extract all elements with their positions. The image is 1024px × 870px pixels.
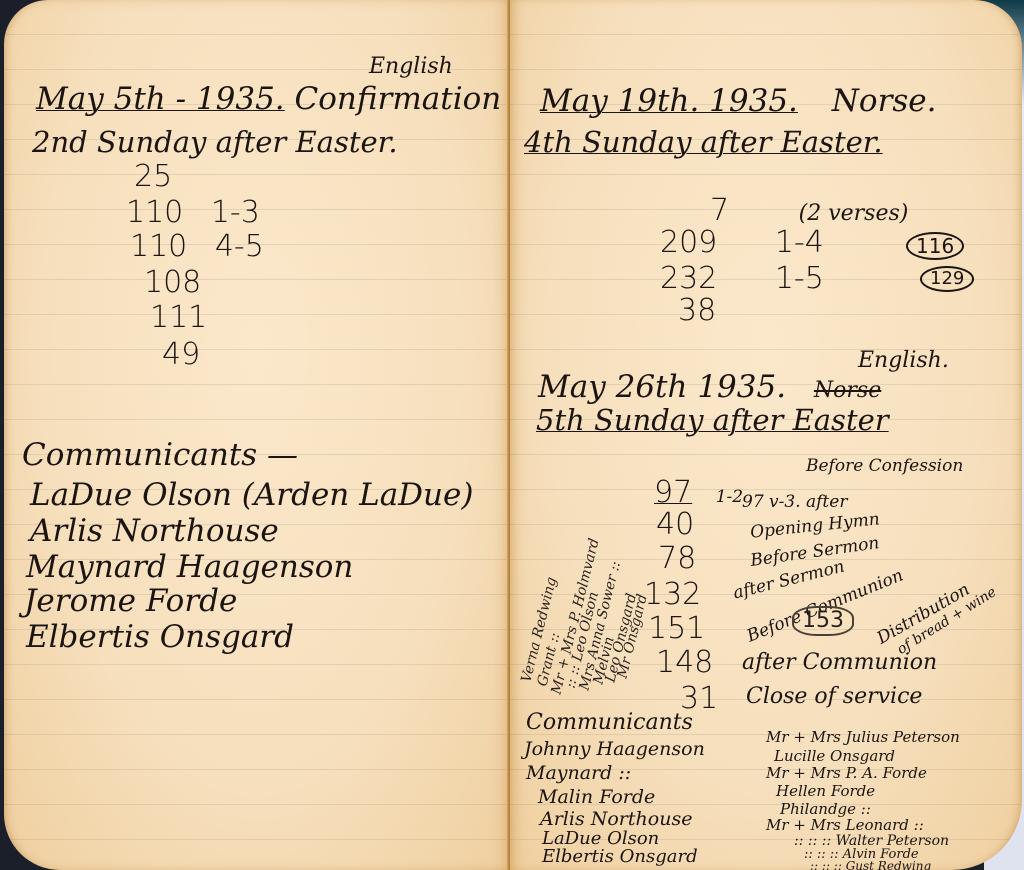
communicant-name: Arlis Northouse <box>540 810 692 829</box>
communicant-name: Arlis Northouse <box>30 516 279 547</box>
hymn-row: 38 <box>678 296 716 326</box>
circled-number: 153 <box>792 606 854 636</box>
hymn-row: 97 1-2 <box>654 478 743 508</box>
entry-1-sunday: 4th Sunday after Easter. <box>524 128 883 157</box>
language-note: Norse. <box>832 83 937 119</box>
communicant-name: Hellen Forde <box>776 784 875 799</box>
hymn-row: 78 <box>658 544 696 574</box>
communicant-name: Elbertis Onsgard <box>26 622 294 653</box>
hymn-row: 110 1-3 <box>126 198 260 228</box>
communicant-name: Johnny Haagenson <box>524 740 705 759</box>
circled-number: 116 <box>906 232 964 260</box>
communicant-name: Jerome Forde <box>24 586 237 617</box>
hymn-sub-note: 97 v-3. after <box>742 494 847 511</box>
hymn-row: 232 1-5 <box>660 264 824 294</box>
communicant-name: Malin Forde <box>538 788 655 807</box>
hymn-row: 7 (2 verses) <box>710 196 908 226</box>
hymn-note: after Communion <box>742 652 937 674</box>
hymn-row: 148 <box>656 648 713 678</box>
hymn-row: 49 <box>162 340 200 370</box>
communicant-name: Mr + Mrs Julius Peterson <box>766 730 960 745</box>
hymn-row: 108 <box>144 268 201 298</box>
entry-date: May 5th - 1935. Confirmation <box>36 84 501 115</box>
communicant-name: Philandge :: <box>780 802 871 817</box>
language-note: English. <box>858 350 949 372</box>
hymn-row: 25 <box>134 162 172 192</box>
hymn-row: 209 1-4 <box>660 228 824 258</box>
communicant-name: LaDue Olson (Arden LaDue) <box>30 480 473 511</box>
sunday-label: 2nd Sunday after Easter. <box>32 128 398 157</box>
language-note: English <box>369 56 453 78</box>
communicants-heading: Communicants <box>526 712 693 734</box>
hymn-note: Close of service <box>746 686 922 708</box>
communicant-name: :: :: :: Walter Peterson <box>794 834 949 848</box>
communicant-name: Mr + Mrs P. A. Forde <box>766 766 927 781</box>
notebook-left-page: English May 5th - 1935. Confirmation 2nd… <box>4 0 510 870</box>
communicant-name: Maynard :: <box>526 764 631 783</box>
notebook-right-page: May 19th. 1935. Norse. 4th Sunday after … <box>510 0 1022 870</box>
communicant-name: :: :: :: Gust Redwing <box>810 860 931 870</box>
hymn-row: 40 <box>656 510 694 540</box>
communicant-name: Elbertis Onsgard <box>542 848 698 866</box>
communicant-name: Lucille Onsgard <box>774 749 895 764</box>
struck-language: Norse <box>814 378 881 403</box>
circled-number: 129 <box>920 266 974 292</box>
communicant-name: Maynard Haagenson <box>26 552 353 583</box>
communicants-heading: Communicants — <box>22 440 298 471</box>
entry-2-date: May 26th 1935. Norse <box>538 372 881 403</box>
service-note: Confirmation <box>295 81 502 117</box>
hymn-note: Before Confession <box>806 458 963 475</box>
hymn-row: 111 <box>150 303 207 333</box>
entry-2-sunday: 5th Sunday after Easter <box>536 406 889 435</box>
entry-1-date: May 19th. 1935. Norse. <box>540 86 937 117</box>
communicant-name: Mr + Mrs Leonard :: <box>766 818 924 833</box>
hymn-row: 151 <box>648 614 705 644</box>
hymn-row: 110 4-5 <box>130 232 264 262</box>
hymn-row: 132 <box>644 580 701 610</box>
